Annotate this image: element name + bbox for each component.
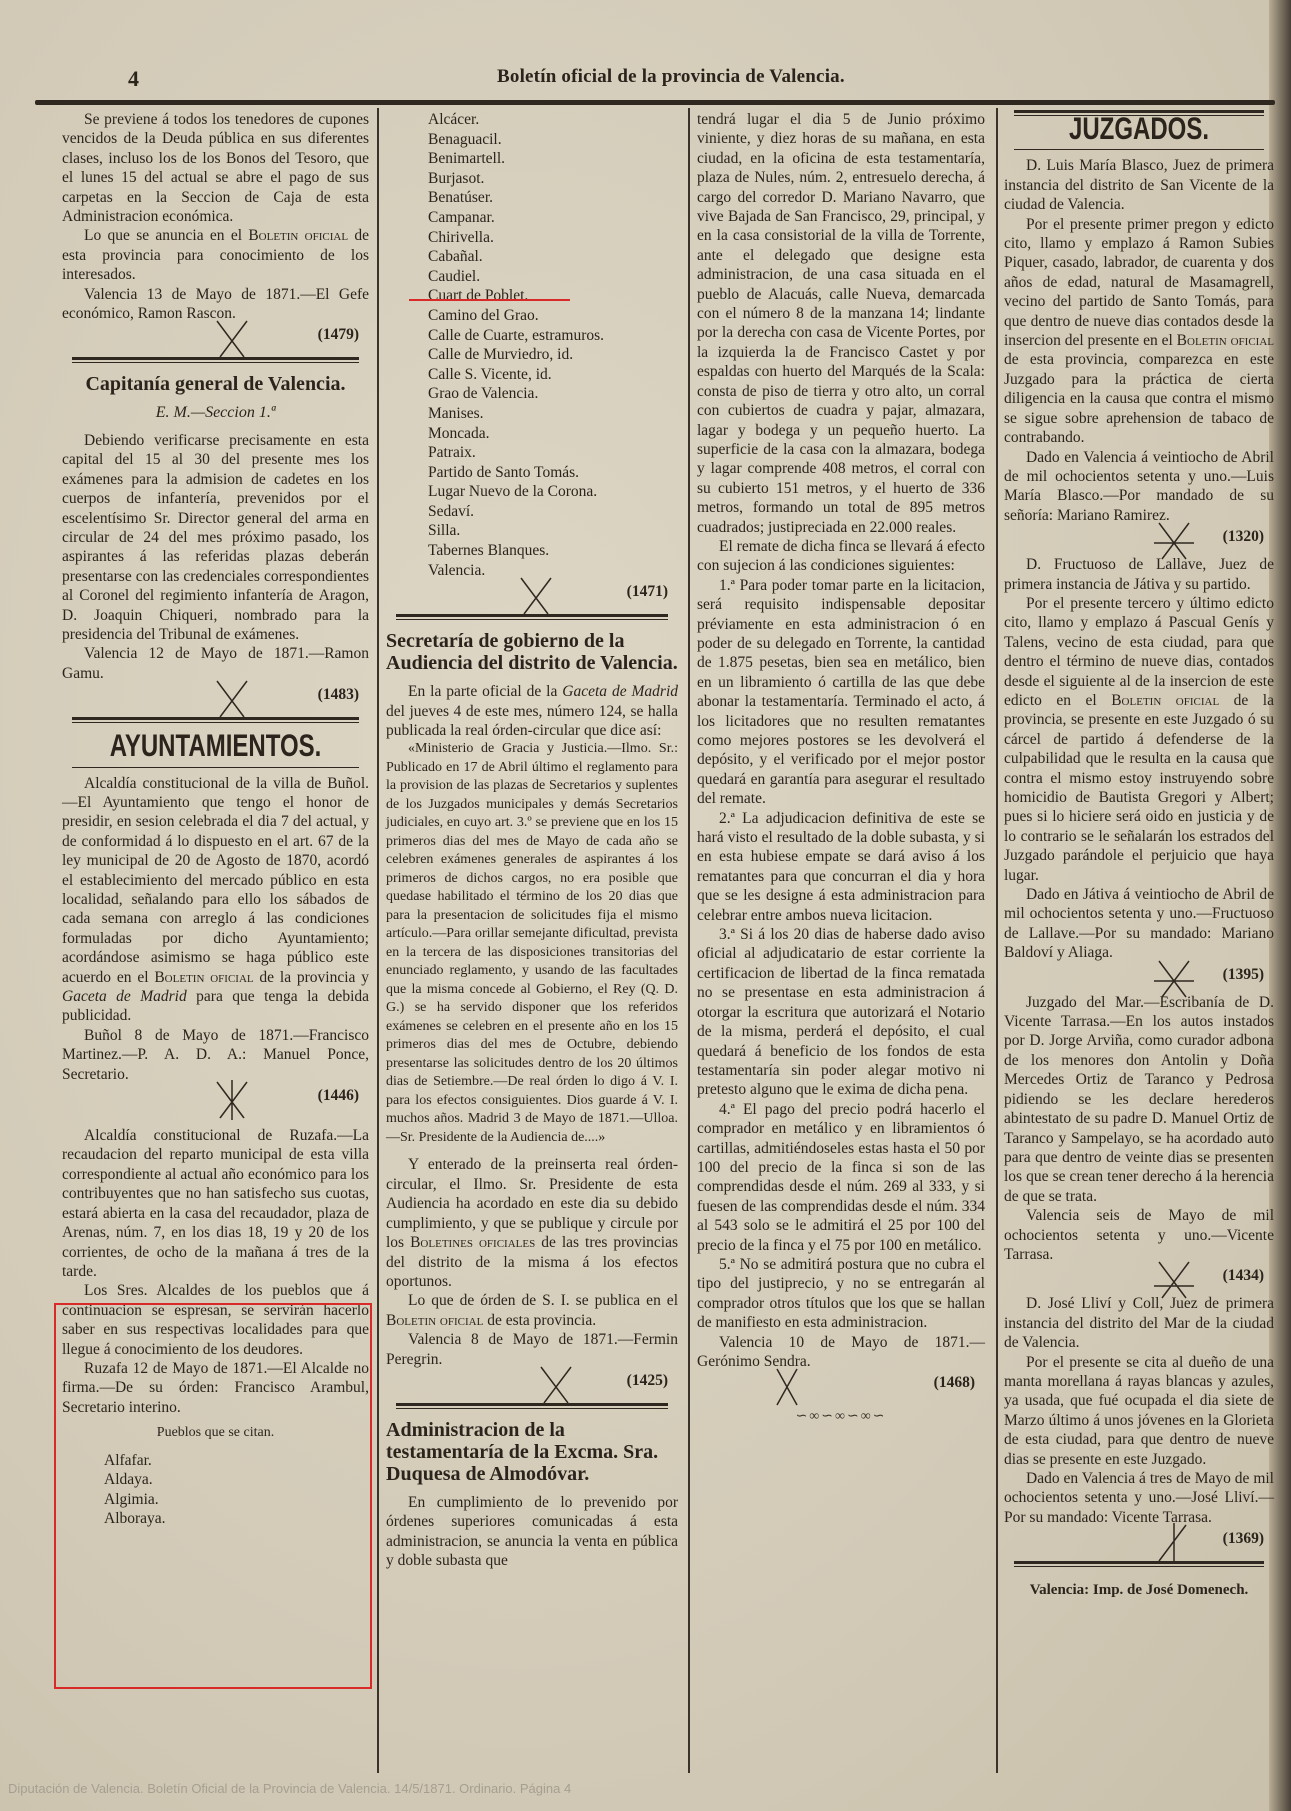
reference-number: (1369)	[1004, 1529, 1274, 1557]
reference-number: (1468)	[697, 1373, 985, 1401]
edict-closing: Dado en Valencia á veintiocho de Abril d…	[1004, 448, 1274, 526]
ruzafa-signature: Ruzafa 12 de Mayo de 1871.—El Alcalde no…	[62, 1359, 369, 1417]
town-item: Tabernes Blanques.	[386, 541, 678, 561]
edict-juzgado-mar: Juzgado del Mar.—Escribanía de D. Vicent…	[1004, 993, 1274, 1295]
section-title: AYUNTAMIENTOS.	[62, 734, 369, 759]
notice-signature: Valencia 13 de Mayo de 1871.—El Gefe eco…	[62, 285, 369, 324]
newspaper-page: 4 Boletín oficial de la provincia de Val…	[0, 0, 1291, 1811]
section-rule	[72, 767, 359, 768]
town-item: Alfafar.	[62, 1451, 369, 1471]
notice-body: Se previene á todos los tenedores de cup…	[62, 110, 369, 226]
administracion-body: En cumplimiento de lo prevenido por órde…	[386, 1493, 678, 1571]
secretaria-signature: Valencia 8 de Mayo de 1871.—Fermin Pereg…	[386, 1330, 678, 1369]
cross-mark-icon	[1154, 1523, 1194, 1563]
edict-llivi: D. José Lliví y Coll, Juez de primera in…	[1004, 1294, 1274, 1557]
reference-number: (1446)	[62, 1086, 369, 1114]
town-list: Alcácer.Benaguacil.Benimartell.Burjasot.…	[386, 110, 678, 580]
town-item: Alboraya.	[62, 1509, 369, 1529]
condition-4: 4.ª El pago del precio podrá hacerlo el …	[697, 1100, 985, 1255]
section-rule	[396, 1403, 668, 1409]
town-list: Alfafar. Aldaya. Algimia. Alboraya.	[62, 1451, 369, 1529]
notice-body-2: Lo que se anuncia en el Boletin oficial …	[62, 226, 369, 284]
town-item: Camino del Grao.	[386, 306, 678, 326]
column-divider	[688, 108, 690, 1773]
secretaria-section: Secretaría de gobierno de la Audiencia d…	[386, 630, 678, 1399]
column-divider	[377, 108, 379, 1773]
section-title: Administracion de la testamentaría de la…	[386, 1419, 678, 1485]
section-title: JUZGADOS.	[1004, 117, 1274, 142]
town-item: Caudiel.	[386, 267, 678, 287]
edict-body: Por el presente tercero y último edicto …	[1004, 594, 1274, 885]
real-orden-quote: «Ministerio de Gracia y Justicia.—Ilmo. …	[386, 740, 678, 1147]
section-rule	[1014, 149, 1264, 150]
column-3: tendrá lugar el dia 5 de Junio próximo v…	[697, 110, 985, 1433]
town-item: Chirivella.	[386, 228, 678, 248]
edict-lallave: D. Fructuoso de Lallave, Juez de primera…	[1004, 555, 1274, 993]
edict-intro: D. Luis María Blasco, Juez de primera in…	[1004, 156, 1274, 214]
bunol-signature: Buñol 8 de Mayo de 1871.—Francisco Marti…	[62, 1026, 369, 1084]
town-item: Algimia.	[62, 1490, 369, 1510]
reference-number: (1434)	[1004, 1266, 1274, 1294]
cross-mark-icon	[536, 1365, 576, 1405]
cross-mark-icon	[516, 576, 556, 616]
capitania-signature: Valencia 12 de Mayo de 1871.—Ramon Gamu.	[62, 644, 369, 683]
condition-1: 1.ª Para poder tomar parte en la licitac…	[697, 576, 985, 809]
town-item: Alcácer.	[386, 110, 678, 130]
town-item: Calle de Murviedro, id.	[386, 345, 678, 365]
secretaria-body-3: Lo que de órden de S. I. se publica en e…	[386, 1291, 678, 1330]
town-item: Burjasot.	[386, 169, 678, 189]
column-2: Alcácer.Benaguacil.Benimartell.Burjasot.…	[386, 110, 678, 1571]
section-title: Secretaría de gobierno de la Audiencia d…	[386, 630, 678, 674]
bunol-notice: Alcaldía constitucional de la villa de B…	[62, 774, 369, 1026]
town-item: Manises.	[386, 404, 678, 424]
town-item: Silla.	[386, 521, 678, 541]
ruzafa-notice: Alcaldía constitucional de Ruzafa.—La re…	[62, 1126, 369, 1281]
edict-body: Juzgado del Mar.—Escribanía de D. Vicent…	[1004, 993, 1274, 1206]
secretaria-intro: En la parte oficial de la Gaceta de Madr…	[386, 682, 678, 740]
reference-number: (1320)	[1004, 527, 1274, 555]
edict-intro: D. Fructuoso de Lallave, Juez de primera…	[1004, 555, 1274, 594]
town-item: Cuart de Poblet.	[386, 286, 678, 306]
capitania-section: Capitanía general de Valencia. E. M.—Sec…	[62, 373, 369, 713]
subasta-signature: Valencia 10 de Mayo de 1871.—Gerónimo Se…	[697, 1333, 985, 1372]
page-number: 4	[128, 66, 139, 92]
reference-number: (1479)	[62, 325, 369, 353]
town-item: Calle de Cuarte, estramuros.	[386, 326, 678, 346]
cross-mark-icon	[212, 319, 252, 359]
printer-imprint: Valencia: Imp. de José Domenech.	[1004, 1581, 1274, 1600]
capitania-body: Debiendo verificarse precisamente en est…	[62, 431, 369, 644]
cross-mark-icon	[1154, 521, 1194, 561]
edict-closing: Valencia seis de Mayo de mil ochocientos…	[1004, 1206, 1274, 1264]
secretaria-body-2: Y enterado de la preinserta real órden-c…	[386, 1155, 678, 1291]
town-item: Benaguacil.	[386, 130, 678, 150]
town-item: Cabañal.	[386, 247, 678, 267]
cross-mark-icon	[212, 679, 252, 719]
town-item: Lugar Nuevo de la Corona.	[386, 482, 678, 502]
town-item: Moncada.	[386, 424, 678, 444]
reference-number: (1471)	[386, 582, 678, 610]
town-item: Grao de Valencia.	[386, 384, 678, 404]
town-item: Benatúser.	[386, 188, 678, 208]
edict-closing: Dado en Valencia á tres de Mayo de mil o…	[1004, 1469, 1274, 1527]
underline-cuart-de-poblet	[409, 299, 570, 301]
town-item: Calle S. Vicente, id.	[386, 365, 678, 385]
cross-mark-icon	[1154, 1260, 1194, 1300]
section-title: Capitanía general de Valencia.	[62, 373, 369, 395]
administracion-section: Administracion de la testamentaría de la…	[386, 1419, 678, 1571]
condition-3: 3.ª Si á los 20 dias de haberse dado avi…	[697, 925, 985, 1100]
town-item: Aldaya.	[62, 1470, 369, 1490]
reference-number: (1395)	[1004, 965, 1274, 993]
remate-intro: El remate de dicha finca se llevará á ef…	[697, 537, 985, 576]
edict-blasco: D. Luis María Blasco, Juez de primera in…	[1004, 156, 1274, 555]
edict-body: Por el presente primer pregon y edicto c…	[1004, 215, 1274, 448]
edict-intro: D. José Lliví y Coll, Juez de primera in…	[1004, 1294, 1274, 1352]
cross-mark-icon	[212, 1080, 252, 1120]
town-item: Patraix.	[386, 443, 678, 463]
reference-number: (1483)	[62, 685, 369, 713]
section-rule	[1014, 1561, 1264, 1567]
edict-body: Por el presente se cita al dueño de una …	[1004, 1353, 1274, 1469]
notice-deuda-publica: Se previene á todos los tenedores de cup…	[62, 110, 369, 353]
cross-mark-icon	[767, 1367, 807, 1407]
town-item: Campanar.	[386, 208, 678, 228]
reference-number: (1425)	[386, 1371, 678, 1399]
pueblos-heading: Pueblos que se citan.	[62, 1423, 369, 1442]
page-header: 4 Boletín oficial de la provincia de Val…	[0, 62, 1291, 92]
cross-mark-icon	[1154, 959, 1194, 999]
town-item: Benimartell.	[386, 149, 678, 169]
archive-caption: Diputación de Valencia. Boletín Oficial …	[8, 1781, 571, 1796]
subasta-body: tendrá lugar el dia 5 de Junio próximo v…	[697, 110, 985, 537]
publication-title: Boletín oficial de la provincia de Valen…	[497, 66, 845, 88]
header-rule	[35, 100, 1275, 105]
ayuntamientos-section: AYUNTAMIENTOS. Alcaldía constitucional d…	[62, 737, 369, 1529]
column-divider	[996, 108, 998, 1773]
column-1: Se previene á todos los tenedores de cup…	[62, 110, 369, 1529]
condition-2: 2.ª La adjudicacion definitiva de este s…	[697, 809, 985, 925]
ruzafa-notice-2: Los Sres. Alcaldes de los pueblos que á …	[62, 1281, 369, 1359]
ornament-divider-icon: ∽∞∽∞∽∞∽	[697, 1407, 985, 1426]
town-item: Sedaví.	[386, 502, 678, 522]
section-subtitle: E. M.—Seccion 1.ª	[62, 403, 369, 422]
town-item: Partido de Santo Tomás.	[386, 463, 678, 483]
condition-5: 5.ª No se admitirá postura que no cubra …	[697, 1255, 985, 1333]
edict-closing: Dado en Játiva á veintiocho de Abril de …	[1004, 885, 1274, 963]
column-4: JUZGADOS. D. Luis María Blasco, Juez de …	[1004, 110, 1274, 1601]
